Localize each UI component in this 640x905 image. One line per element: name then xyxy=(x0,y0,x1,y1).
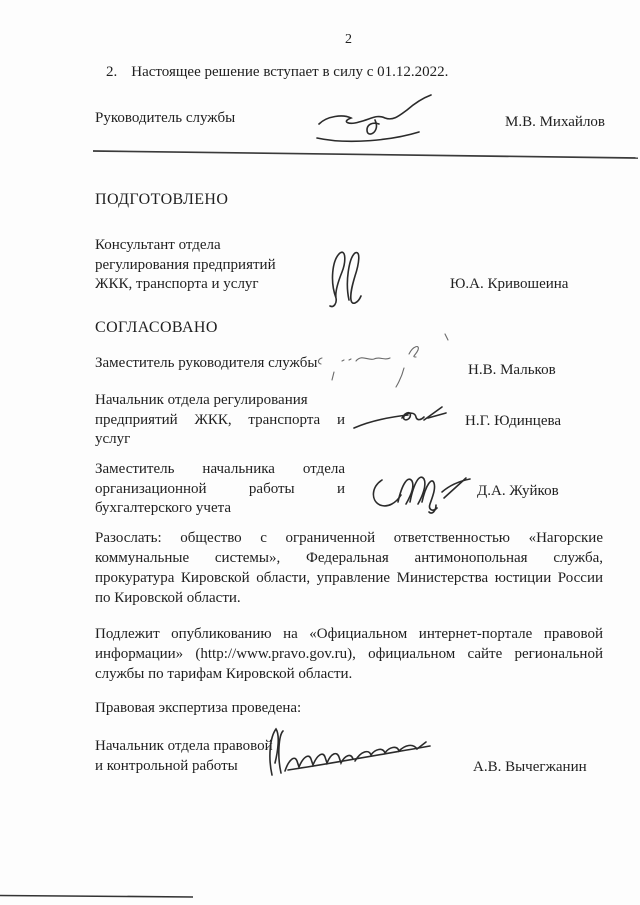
page-number: 2 xyxy=(95,30,602,50)
role-line: бухгалтерского учета xyxy=(95,499,345,519)
signatory-name-regulation-head: Н.Г. Юдинцева xyxy=(465,411,561,431)
resolution-clause: 2.Настоящее решение вступает в силу с 01… xyxy=(106,62,606,82)
signatory-role-org-deputy: Заместитель начальника отдела организаци… xyxy=(95,460,345,519)
signatory-name-head: М.В. Михайлов xyxy=(505,112,605,132)
signatory-name-consultant: Ю.А. Кривошеина xyxy=(450,274,568,294)
legal-review-text: Правовая экспертиза проведена: xyxy=(95,698,301,718)
signatory-name-legal-head: А.В. Вычегжанин xyxy=(473,757,587,777)
clause-text: Настоящее решение вступает в силу с 01.1… xyxy=(131,64,448,80)
divider-line xyxy=(93,148,639,161)
role-line: Начальник отдела правовой xyxy=(95,737,280,757)
signature-mikhailov-icon xyxy=(315,92,445,147)
agreed-heading: СОГЛАСОВАНО xyxy=(95,318,218,338)
role-line: услуг xyxy=(95,430,345,450)
signature-krivosheina-icon xyxy=(322,248,377,310)
paragraph-line: Подлежит опубликованию на «Официальном и… xyxy=(95,624,603,644)
role-line: Заместитель начальника отдела xyxy=(95,460,345,480)
signature-yudintseva-icon xyxy=(352,404,462,432)
role-line: регулирования предприятий xyxy=(95,256,300,276)
bottom-divider-line xyxy=(0,893,195,899)
paragraph-line: по Кировской области. xyxy=(95,588,603,608)
paragraph-line: информации» (http://www.pravo.gov.ru), о… xyxy=(95,644,603,664)
role-line: ЖКК, транспорта и услуг xyxy=(95,275,300,295)
signatory-name-deputy-head: Н.В. Мальков xyxy=(468,360,556,380)
role-line: организационной работы и xyxy=(95,480,345,500)
clause-number: 2. xyxy=(106,62,117,82)
document-page: 2 2.Настоящее решение вступает в силу с … xyxy=(0,0,640,905)
role-line: Консультант отдела xyxy=(95,236,300,256)
signature-zhuykov-icon xyxy=(368,468,480,516)
role-line: предприятий ЖКК, транспорта и xyxy=(95,411,345,431)
paragraph-line: службы по тарифам Кировской области. xyxy=(95,664,603,684)
signatory-name-org-deputy: Д.А. Жуйков xyxy=(477,481,559,501)
distribution-paragraph: Разослать: общество с ограниченной ответ… xyxy=(95,528,603,608)
role-line: и контрольной работы xyxy=(95,757,280,777)
signatory-role-regulation-head: Начальник отдела регулирования предприят… xyxy=(95,391,345,450)
signature-malkov-icon xyxy=(312,330,462,390)
paragraph-line: Разослать: общество с ограниченной ответ… xyxy=(95,528,603,548)
signatory-role-deputy-head: Заместитель руководителя службы xyxy=(95,353,317,373)
prepared-heading: ПОДГОТОВЛЕНО xyxy=(95,190,228,210)
role-line: Начальник отдела регулирования xyxy=(95,391,345,411)
paragraph-line: коммунальные системы», Федеральная антим… xyxy=(95,548,603,568)
signature-vychegzhanin-icon xyxy=(258,727,453,781)
signatory-role-consultant: Консультант отдела регулирования предпри… xyxy=(95,236,300,295)
paragraph-line: прокуратура Кировской области, управлени… xyxy=(95,568,603,588)
signatory-role-head: Руководитель службы xyxy=(95,108,235,128)
publication-paragraph: Подлежит опубликованию на «Официальном и… xyxy=(95,624,603,684)
signatory-role-legal-head: Начальник отдела правовой и контрольной … xyxy=(95,737,280,776)
